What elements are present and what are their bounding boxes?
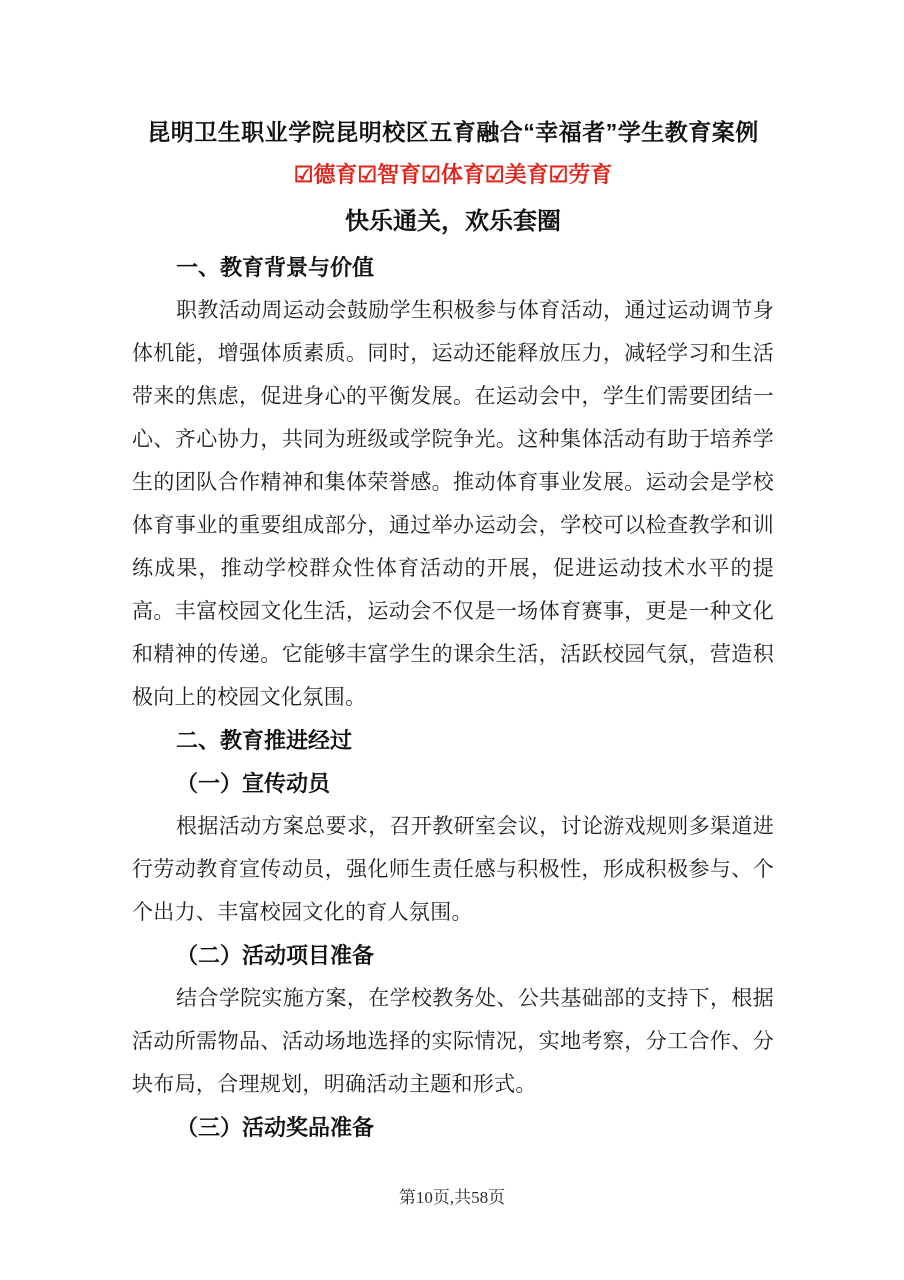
case-title: 快乐通关，欢乐套圈 (132, 202, 774, 242)
subsection-heading-mobilization: （一）宣传动员 (132, 762, 774, 805)
page-number-footer: 第10页,共58页 (0, 1186, 904, 1210)
document-page: 昆明卫生职业学院昆明校区五育融合“幸福者”学生教育案例 ☑德育☑智育☑体育☑美育… (0, 0, 904, 1280)
section-heading-process: 二、教育推进经过 (132, 719, 774, 762)
five-education-checkline: ☑德育☑智育☑体育☑美育☑劳育 (132, 158, 774, 192)
document-title: 昆明卫生职业学院昆明校区五育融合“幸福者”学生教育案例 (132, 112, 774, 152)
section-heading-background-value: 一、教育背景与价值 (132, 246, 774, 289)
document-content: 昆明卫生职业学院昆明校区五育融合“幸福者”学生教育案例 ☑德育☑智育☑体育☑美育… (132, 112, 774, 1149)
paragraph-project-preparation: 结合学院实施方案，在学校教务处、公共基础部的支持下，根据活动所需物品、活动场地选… (132, 977, 774, 1106)
subsection-heading-prize-preparation: （三）活动奖品准备 (132, 1106, 774, 1149)
paragraph-mobilization: 根据活动方案总要求，召开教研室会议，讨论游戏规则多渠道进行劳动教育宣传动员，强化… (132, 805, 774, 934)
subsection-heading-project-preparation: （二）活动项目准备 (132, 934, 774, 977)
paragraph-background-value: 职教活动周运动会鼓励学生积极参与体育活动，通过运动调节身体机能，增强体质素质。同… (132, 289, 774, 719)
